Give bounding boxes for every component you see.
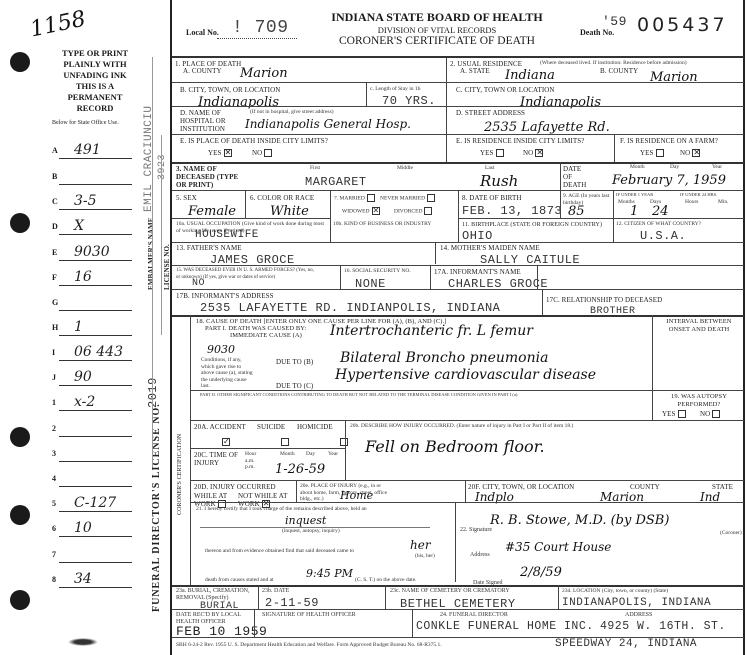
disposition-date-label: 23b. DATE	[262, 588, 289, 595]
divider	[172, 315, 744, 317]
deceased-name-label: 3. NAME OF DECEASED (Type or print)	[176, 165, 246, 189]
under-24h-label: IF UNDER 24 HRS.	[680, 192, 717, 199]
homicide-checkbox[interactable]	[340, 438, 348, 446]
ur-farm-no[interactable]: NO✕	[680, 149, 700, 157]
code-key: I	[52, 348, 55, 357]
code-line	[59, 587, 132, 588]
code-value: 90	[74, 369, 92, 385]
business-label: 10b. KIND OF BUSINESS OR INDUSTRY	[333, 221, 431, 228]
cause-code: 9030	[207, 343, 235, 356]
death-no-value: 005437	[637, 14, 728, 36]
punch-hole	[10, 52, 30, 72]
code-value: 491	[74, 142, 101, 158]
occupation-value: HOUSEWIFE	[195, 229, 259, 241]
punch-hole	[10, 427, 30, 447]
hospital-hint: (If not in hospital, give street address…	[250, 109, 334, 116]
divider	[172, 265, 744, 266]
certificate-title: CORONER'S CERTIFICATE OF DEATH	[312, 35, 562, 47]
code-line	[59, 511, 132, 512]
fd-city-value: SPEEDWAY 24, INDIANA	[555, 638, 697, 650]
instruction-line: PLAINLY WITH	[50, 59, 140, 70]
checkbox[interactable]: ✕	[372, 207, 380, 215]
code-key: C	[52, 197, 58, 206]
cert-pronoun-value: her	[410, 538, 431, 552]
divider	[330, 190, 331, 242]
marital-married[interactable]: 7. MARRIED	[334, 194, 375, 202]
code-value: 1	[74, 319, 83, 335]
code-key: 2	[52, 424, 56, 433]
cert-text-4: (C. S. T.) on the above date.	[355, 577, 417, 584]
instructions-block: TYPE OR PRINT PLAINLY WITH UNFADING INK …	[50, 48, 140, 114]
checkbox[interactable]	[264, 149, 272, 157]
ur-city-label: c. CITY, TOWN OR LOCATION	[456, 86, 555, 94]
due-b-value: Bilateral Broncho pneumonia	[340, 350, 548, 366]
divider	[613, 218, 614, 242]
state-office-code-row: C3-5	[52, 197, 132, 211]
code-key: G	[52, 298, 58, 307]
divider	[190, 420, 744, 421]
checkbox[interactable]	[656, 149, 664, 157]
code-line	[59, 209, 132, 210]
code-value: 16	[74, 269, 92, 285]
code-key: 3	[52, 449, 56, 458]
first-label: First	[310, 165, 320, 172]
time-of-injury-label: 20c. TIME OF INJURY	[194, 451, 239, 467]
code-key: J	[52, 373, 56, 382]
divider	[366, 82, 367, 106]
days-value: 24	[652, 204, 669, 219]
divider	[542, 289, 543, 315]
informant-address-label: 17b. INFORMANT'S ADDRESS	[176, 292, 274, 300]
divider	[446, 134, 744, 135]
father-label: 13. FATHER'S NAME	[176, 244, 242, 252]
divider	[560, 190, 561, 218]
divider	[613, 190, 614, 218]
code-line	[59, 385, 132, 386]
instruction-line: THIS IS A	[50, 81, 140, 92]
hour-label: Hour a.m. p.m.	[245, 451, 265, 471]
cemetery-label: 23c. NAME OF CEMETERY OR CREMATORY	[390, 588, 510, 595]
ur-inside-city-label: e. IS RESIDENCE INSIDE CITY LIMITS?	[456, 137, 584, 145]
code-line	[59, 335, 132, 336]
state-office-code-row: B	[52, 172, 132, 186]
state-office-code-row: I06 443	[52, 348, 132, 362]
fd-address-label: ADDRESS	[625, 612, 652, 619]
code-value: 9030	[74, 244, 110, 260]
code-line	[59, 562, 132, 563]
code-value: 34	[74, 571, 92, 587]
birth-value: FEB. 13, 1873	[462, 204, 562, 218]
embalmer-name-value: EMIL CRACIUNCIU	[143, 105, 155, 212]
state-office-code-row: 1x-2	[52, 398, 132, 412]
coroner-section-label: CORONER'S CERTIFICATION	[176, 434, 184, 515]
divider	[435, 242, 436, 264]
checkbox[interactable]	[496, 149, 504, 157]
local-no-label: Local No.	[186, 28, 219, 37]
min-label: Min.	[718, 199, 729, 206]
pod-inside-city-no[interactable]: NO	[252, 149, 272, 157]
informant-address-value: 2535 LAFAYETTE RD. INDIANPOLIS, INDIANA	[200, 301, 500, 315]
divider	[614, 134, 615, 162]
ur-state-label: a. STATE	[460, 67, 490, 75]
instruction-line: UNFADING INK	[50, 70, 140, 81]
sex-label: 5. SEX	[176, 194, 197, 202]
hospital-value: Indianapolis General Hosp.	[245, 117, 411, 131]
informant-name-label: 17a. INFORMANT'S NAME	[434, 268, 521, 276]
divider	[560, 162, 561, 190]
code-key: 8	[52, 575, 56, 584]
embalmer-name-label: EMBALMER'S NAME	[147, 218, 155, 290]
divider	[458, 218, 744, 219]
punch-hole	[10, 213, 30, 233]
code-key: A	[52, 146, 58, 155]
suicide-checkbox[interactable]	[281, 438, 289, 446]
code-value: 3-5	[74, 193, 97, 209]
interval-label: INTERVAL BETWEEN ONSET AND DEATH	[655, 318, 743, 334]
divider	[172, 609, 744, 610]
state-office-code-row: 2	[52, 424, 132, 438]
part2-label: PART II. OTHER SIGNIFICANT CONDITIONS CO…	[200, 392, 650, 399]
injury-month-label: Month	[280, 451, 295, 458]
code-key: B	[52, 172, 57, 181]
birthplace-label: 11. BIRTHPLACE (State or foreign country…	[462, 221, 602, 229]
ur-city-value: Indianapolis	[520, 95, 601, 110]
checkbox[interactable]	[712, 410, 720, 418]
checkbox[interactable]	[427, 194, 435, 202]
state-office-code-row: E9030	[52, 248, 132, 262]
immediate-cause-value: Intertrochanteric fr. L femur	[330, 323, 533, 339]
state-office-code-row: 7	[52, 550, 132, 564]
death-no-label: Death No.	[580, 28, 614, 37]
marital-widowed[interactable]: WIDOWED✕	[342, 207, 380, 215]
state-office-code-row: F16	[52, 273, 132, 287]
ur-street-value: 2535 Lafayette Rd.	[484, 120, 610, 135]
header-titles: INDIANA STATE BOARD OF HEALTH DIVISION O…	[312, 10, 562, 47]
checkbox[interactable]	[424, 207, 432, 215]
race-label: 6. COLOR OR RACE	[250, 194, 314, 202]
agency-title: INDIANA STATE BOARD OF HEALTH	[312, 10, 562, 25]
division-title: DIVISION OF VITAL RECORDS	[312, 25, 562, 35]
divider	[458, 190, 459, 242]
code-key: F	[52, 273, 57, 282]
birth-label: 8. DATE OF BIRTH	[462, 194, 522, 202]
code-line	[59, 285, 132, 286]
pod-inside-city-yes[interactable]: YES✕	[208, 149, 232, 157]
code-key: H	[52, 323, 58, 332]
code-line	[59, 184, 132, 185]
hospital-label: d. NAME OF HOSPITAL OR INSTITUTION	[180, 109, 240, 133]
ur-farm-yes[interactable]: YES	[640, 149, 664, 157]
checkbox[interactable]	[678, 410, 686, 418]
state-office-label: Below for State Office Use.	[52, 120, 119, 126]
divider	[190, 502, 744, 503]
ur-inside-city-yes[interactable]: YES	[480, 149, 504, 157]
code-line	[59, 461, 132, 462]
mother-label: 14. MOTHER'S MAIDEN NAME	[440, 244, 540, 252]
disposition-type-label: 23a. BURIAL, CREMATION, REMOVAL (Specify…	[176, 588, 254, 601]
cert-time-value: 9:45 PM	[306, 567, 353, 580]
form-footer: SBH 6-24-2 Rev. 1955 U. S. Department He…	[176, 642, 442, 649]
injury-year-label: Year	[328, 451, 338, 458]
local-no-line	[217, 38, 297, 39]
accident-option[interactable]: 20a. ACCIDENT	[194, 423, 246, 431]
accident-checkbox[interactable]: ✓	[222, 438, 230, 446]
divider	[172, 289, 744, 290]
usual-residence-hint: (Where deceased lived. If institution: R…	[540, 60, 687, 67]
ur-inside-city-no[interactable]: NO✕	[523, 149, 543, 157]
ur-street-label: d. STREET ADDRESS	[456, 109, 525, 117]
code-line	[59, 260, 132, 261]
code-line	[59, 310, 132, 311]
ur-county-label: b. COUNTY	[600, 67, 638, 75]
describe-injury-label: 20b. DESCRIBE HOW INJURY OCCURRED. (Ente…	[350, 423, 573, 430]
under-1yr-label: IF UNDER 1 YEAR	[616, 192, 653, 199]
death-no-year: '59	[602, 14, 627, 29]
cert-text-2: thereon and from evidence obtained find …	[205, 548, 354, 555]
month-label: Month	[630, 164, 645, 171]
code-line	[59, 158, 132, 159]
day-label: Day	[670, 164, 679, 171]
divider	[446, 106, 744, 107]
describe-injury-value: Fell on Bedroom floor.	[365, 437, 545, 456]
cert-address-label: Address	[470, 552, 490, 559]
funeral-director-license-label: FUNERAL DIRECTOR'S LICENSE No.	[153, 403, 161, 612]
citizen-value: U.S.A.	[640, 229, 686, 243]
code-key: D	[52, 222, 58, 231]
code-value: 10	[74, 520, 92, 536]
divider	[558, 585, 559, 609]
autopsy-no[interactable]: NO	[700, 410, 720, 418]
date-of-death-label: DATEOFDEATH	[563, 165, 603, 189]
checkbox[interactable]: ✕	[535, 149, 543, 157]
left-divider	[161, 135, 162, 335]
code-key: E	[52, 248, 57, 257]
divider	[385, 585, 386, 609]
year-label: Year	[712, 164, 722, 171]
immediate-label: IMMEDIATE CAUSE (a)	[230, 332, 302, 340]
code-line	[59, 360, 132, 361]
divider	[537, 265, 538, 289]
signature-value[interactable]: R. B. Stowe, M.D. (by DSB)	[490, 513, 669, 528]
fd-address-value: 4925 W. 16TH. ST.	[600, 620, 726, 633]
local-no-value: ! 709	[232, 18, 289, 38]
cert-held-hint: (inquest, autopsy, inquiry)	[282, 528, 340, 535]
ornament-icon	[68, 638, 98, 646]
last-label: Last	[485, 165, 494, 172]
divider	[455, 502, 456, 582]
state-office-code-row: 3	[52, 449, 132, 463]
code-line	[59, 410, 132, 411]
coroner-label: (Coroner)	[720, 530, 742, 537]
divider	[254, 609, 255, 637]
divider	[172, 218, 330, 219]
divider	[172, 162, 744, 164]
ur-state-value: Indiana	[505, 68, 555, 83]
code-key: 5	[52, 499, 56, 508]
checkbox[interactable]: ✕	[692, 149, 700, 157]
cert-pronoun-hint: (his, her)	[415, 553, 435, 560]
divider	[172, 56, 744, 58]
code-key: 6	[52, 524, 56, 533]
left-divider	[152, 57, 153, 467]
divider	[430, 265, 431, 289]
signature-label: 22. Signature	[460, 527, 492, 534]
instruction-line: PERMANENT	[50, 92, 140, 103]
code-value: 06 443	[74, 344, 123, 360]
pod-city-value: Indianapolis	[198, 95, 279, 110]
divider	[412, 609, 413, 637]
burial-location-label: 23d. LOCATION (City, town, or county) (S…	[562, 588, 668, 595]
date-signed-value: 2/8/59	[520, 565, 562, 580]
code-line	[59, 234, 132, 235]
autopsy-yes[interactable]: YES	[662, 410, 686, 418]
cert-text-3: death from causes stated and at	[205, 577, 274, 584]
code-line	[59, 486, 132, 487]
race-value: White	[270, 204, 309, 219]
hours-label: Hours	[685, 199, 698, 206]
state-office-code-row: G	[52, 298, 132, 312]
divider	[172, 242, 744, 243]
pod-city-label: b. CITY, TOWN, OR LOCATION	[180, 86, 280, 94]
armed-forces-value: NO	[192, 278, 205, 289]
state-office-code-row: 5C-127	[52, 499, 132, 513]
divider	[465, 480, 466, 502]
instruction-line: RECORD	[50, 103, 140, 114]
code-value: C-127	[74, 495, 116, 511]
divider	[340, 265, 341, 289]
state-office-code-row: 610	[52, 524, 132, 538]
divider	[172, 106, 446, 107]
age-value: 85	[568, 204, 585, 219]
middle-label: Middle	[397, 165, 413, 172]
punch-hole	[10, 505, 30, 525]
checkbox[interactable]: ✕	[224, 149, 232, 157]
divider	[190, 315, 191, 585]
months-value: 1	[630, 204, 638, 219]
disposition-date-value: 2-11-59	[265, 596, 319, 610]
injury-occurred-label: 20d. INJURY OCCURRED	[194, 483, 276, 491]
divider	[652, 315, 653, 420]
punch-hole	[10, 590, 30, 610]
state-office-code-row: 4	[52, 474, 132, 488]
cert-held-value: inquest	[285, 514, 326, 527]
state-office-code-row: A491	[52, 146, 132, 160]
time-of-injury-value: 1-26-59	[275, 462, 325, 477]
birthplace-value: OHIO	[462, 229, 493, 243]
pod-county-label: a. COUNTY	[183, 67, 222, 75]
state-office-code-row: DX	[52, 222, 132, 236]
marital-divorced[interactable]: DIVORCED	[394, 207, 432, 215]
divider	[296, 480, 297, 502]
instruction-line: TYPE OR PRINT	[50, 48, 140, 59]
cert-address-value: #35 Court House	[505, 540, 611, 554]
health-officer-label: SIGNATURE OF HEALTH OFFICER	[262, 612, 356, 619]
first-name-value: MARGARET	[305, 175, 367, 189]
homicide-option[interactable]: HOMICIDE	[297, 423, 333, 431]
due-c-value: Hypertensive cardiovascular disease	[335, 367, 596, 383]
ssn-label: 16. SOCIAL SECURITY NO.	[344, 268, 411, 275]
funeral-director-value: CONKLE FUNERAL HOME INC.	[416, 620, 594, 633]
state-office-code-row: J90	[52, 373, 132, 387]
due-b-label: DUE TO (b)	[276, 358, 313, 366]
checkbox[interactable]	[367, 194, 375, 202]
ur-farm-label: f. IS RESIDENCE ON A FARM?	[620, 137, 718, 145]
injury-day-label: Day	[306, 451, 315, 458]
divider	[345, 420, 346, 480]
pod-county-value: Marion	[240, 66, 288, 81]
header: Local No. ! 709 INDIANA STATE BOARD OF H…	[172, 0, 744, 58]
code-key: 1	[52, 398, 56, 407]
disposition-type-value: BURIAL	[200, 601, 239, 612]
stay-label: c. Length of Stay in 1b	[370, 86, 420, 93]
place-of-injury-value: Home	[340, 489, 373, 502]
divider	[190, 480, 744, 481]
burial-location-value: INDIANAPOLIS, INDIANA	[562, 597, 711, 609]
divider	[172, 82, 446, 83]
date-of-death-value: February 7, 1959	[612, 173, 726, 188]
divider	[245, 190, 246, 218]
marital-never-married[interactable]: NEVER MARRIED	[380, 194, 435, 202]
conditions-label: Conditions, if any, which gave rise to a…	[201, 357, 253, 390]
cert-text-1: 21. I hereby certify that I took charge …	[196, 506, 367, 513]
citizen-label: 12. CITIZEN OF WHAT COUNTRY?	[616, 221, 701, 228]
code-line	[59, 536, 132, 537]
suicide-option[interactable]: SUICIDE	[257, 423, 285, 431]
code-value: X	[74, 218, 84, 234]
due-c-label: DUE TO (c)	[276, 382, 313, 390]
divider	[258, 585, 259, 609]
divider	[446, 82, 744, 83]
state-office-code-row: 834	[52, 575, 132, 589]
state-office-code-row: H1	[52, 323, 132, 337]
code-value: x-2	[74, 394, 95, 410]
divider	[446, 58, 447, 162]
last-name-value: Rush	[480, 172, 518, 190]
divider	[190, 448, 345, 449]
code-key: 7	[52, 550, 56, 559]
divider	[190, 390, 744, 391]
pod-inside-city-label: e. IS PLACE OF DEATH INSIDE CITY LIMITS?	[180, 137, 328, 145]
autopsy-label: 19. WAS AUTOPSY PERFORMED?	[655, 393, 743, 409]
sex-value: Female	[188, 204, 236, 219]
divider	[172, 134, 446, 135]
embalmer-license-value: 3923	[157, 154, 168, 180]
code-key: 4	[52, 474, 56, 483]
funeral-director-label: 24. FUNERAL DIRECTOR	[440, 612, 508, 619]
code-line	[59, 436, 132, 437]
margin-note: 1158	[28, 6, 88, 42]
relationship-label: 17c. RELATIONSHIP TO DECEASED	[546, 296, 662, 304]
